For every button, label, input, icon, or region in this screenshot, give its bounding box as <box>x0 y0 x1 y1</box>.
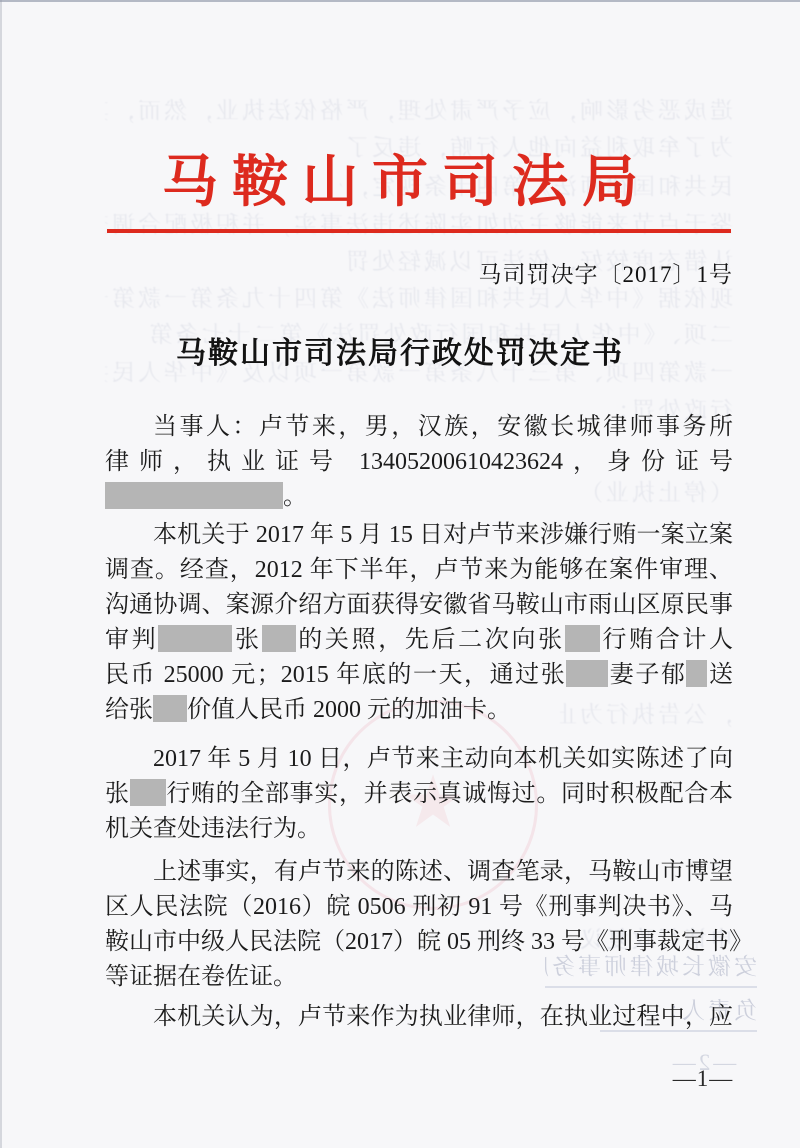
body-line: 上述事实，有卢节来的陈述、调查笔录，马鞍山市博望 <box>105 855 733 890</box>
agency-header-title: 马鞍山市司法局 <box>0 138 800 218</box>
body-line: 区人民法院（2016）皖 0506 刑初 91 号《刑事判决书》、马 <box>105 890 733 925</box>
body-line: 本机关认为，卢节来作为执业律师，在执业过程中，应 <box>105 1000 733 1035</box>
redaction-box <box>105 482 283 509</box>
body-paragraph: 2017 年 5 月 10 日，卢节来主动向本机关如实陈述了向张行贿的全部事实，… <box>105 742 733 847</box>
header-divider-line <box>107 229 731 233</box>
body-paragraph: 上述事实，有卢节来的陈述、调查笔录，马鞍山市博望区人民法院（2016）皖 050… <box>105 855 733 995</box>
redaction-box <box>686 660 707 687</box>
body-text-segment: 。 <box>283 484 307 510</box>
body-text-segment: 沟通协调、案源介绍方面获得安徽省马鞍山市雨山区原民事 <box>105 592 733 618</box>
document-number: 马司罚决字〔2017〕1号 <box>105 256 733 289</box>
body-line: 机关查处违法行为。 <box>105 812 733 847</box>
page-number: —1— <box>648 1066 758 1092</box>
body-paragraph: 本机关认为，卢节来作为执业律师，在执业过程中，应 <box>105 1000 733 1035</box>
body-text-segment: 妻子郁 <box>608 662 686 688</box>
body-line: 张行贿的全部事实，并表示真诚悔过。同时积极配合本 <box>105 777 733 812</box>
body-line: 当事人：卢节来，男，汉族，安徽长城律师事务所 <box>105 410 733 445</box>
redaction-box <box>153 695 187 722</box>
body-text-segment: 张 <box>105 781 130 807</box>
body-text-segment: 调查。经查，2012 年下半年，卢节来为能够在案件审理、 <box>105 557 733 583</box>
redaction-box <box>158 625 232 652</box>
body-text-segment: 审判 <box>105 627 158 653</box>
body-line: 鞍山市中级人民法院（2017）皖 05 刑终 33 号《刑事裁定书》 <box>105 925 733 960</box>
body-text-segment: 上述事实，有卢节来的陈述、调查笔录，马鞍山市博望 <box>153 859 733 885</box>
body-text-segment: 张 <box>232 627 261 653</box>
body-text-segment: 区人民法院（2016）皖 0506 刑初 91 号《刑事判决书》、马 <box>105 894 733 920</box>
body-line: 律师，执业证号 13405200610423624，身份证号 <box>105 445 733 480</box>
body-paragraph: 本机关于 2017 年 5 月 15 日对卢节来涉嫌行贿一案立案调查。经查，20… <box>105 518 733 728</box>
redaction-box <box>566 660 608 687</box>
body-line: 。 <box>105 480 733 515</box>
document-title: 马鞍山市司法局行政处罚决定书 <box>0 328 800 372</box>
scanned-document-page: 造成恶劣影响，应予严肃处理，严格依法执业，然而，其为了牟取利益向他人行贿，违反了… <box>0 0 800 1148</box>
body-text-segment: 2017 年 5 月 10 日，卢节来主动向本机关如实陈述了向 <box>153 746 733 772</box>
body-text-segment: 鞍山市中级人民法院（2017）皖 05 刑终 33 号《刑事裁定书》 <box>105 929 753 955</box>
body-text-segment: 机关查处违法行为。 <box>105 816 321 842</box>
redaction-box <box>262 625 296 652</box>
body-text-segment: 本机关认为，卢节来作为执业律师，在执业过程中，应 <box>153 1004 733 1030</box>
body-text-segment: 民币 25000 元；2015 年底的一天，通过张 <box>105 662 566 688</box>
body-text-segment: 价值人民币 2000 元的加油卡。 <box>187 697 511 723</box>
body-text-segment: 送 <box>707 662 733 688</box>
body-line: 审判张的关照，先后二次向张行贿合计人 <box>105 623 733 658</box>
body-text-segment: 当事人：卢节来，男，汉族，安徽长城律师事务所 <box>153 414 733 440</box>
redaction-box <box>130 779 166 806</box>
body-text-segment: 的关照，先后二次向张 <box>296 627 565 653</box>
body-line: 调查。经查，2012 年下半年，卢节来为能够在案件审理、 <box>105 553 733 588</box>
body-text-segment: 给张 <box>105 697 153 723</box>
body-line: 等证据在卷佐证。 <box>105 960 733 995</box>
body-line: 给张价值人民币 2000 元的加油卡。 <box>105 693 733 728</box>
body-text-segment: 律师，执业证号 13405200610423624，身份证号 <box>105 449 733 475</box>
body-text-segment: 本机关于 2017 年 5 月 15 日对卢节来涉嫌行贿一案立案 <box>153 522 733 548</box>
redaction-box <box>565 625 600 652</box>
body-line: 沟通协调、案源介绍方面获得安徽省马鞍山市雨山区原民事 <box>105 588 733 623</box>
body-text-segment: 等证据在卷佐证。 <box>105 964 297 990</box>
body-paragraph: 当事人：卢节来，男，汉族，安徽长城律师事务所律师，执业证号 1340520061… <box>105 410 733 515</box>
body-line: 民币 25000 元；2015 年底的一天，通过张妻子郁送 <box>105 658 733 693</box>
body-line: 2017 年 5 月 10 日，卢节来主动向本机关如实陈述了向 <box>105 742 733 777</box>
bleedthrough-text: 造成恶劣影响，应予严肃处理，严格依法执业，然而，其 <box>105 96 733 126</box>
body-text-segment: 行贿的全部事实，并表示真诚悔过。同时积极配合本 <box>166 781 733 807</box>
body-line: 本机关于 2017 年 5 月 15 日对卢节来涉嫌行贿一案立案 <box>105 518 733 553</box>
document-body: 当事人：卢节来，男，汉族，安徽长城律师事务所律师，执业证号 1340520061… <box>105 410 733 1035</box>
body-text-segment: 行贿合计人 <box>600 627 733 653</box>
